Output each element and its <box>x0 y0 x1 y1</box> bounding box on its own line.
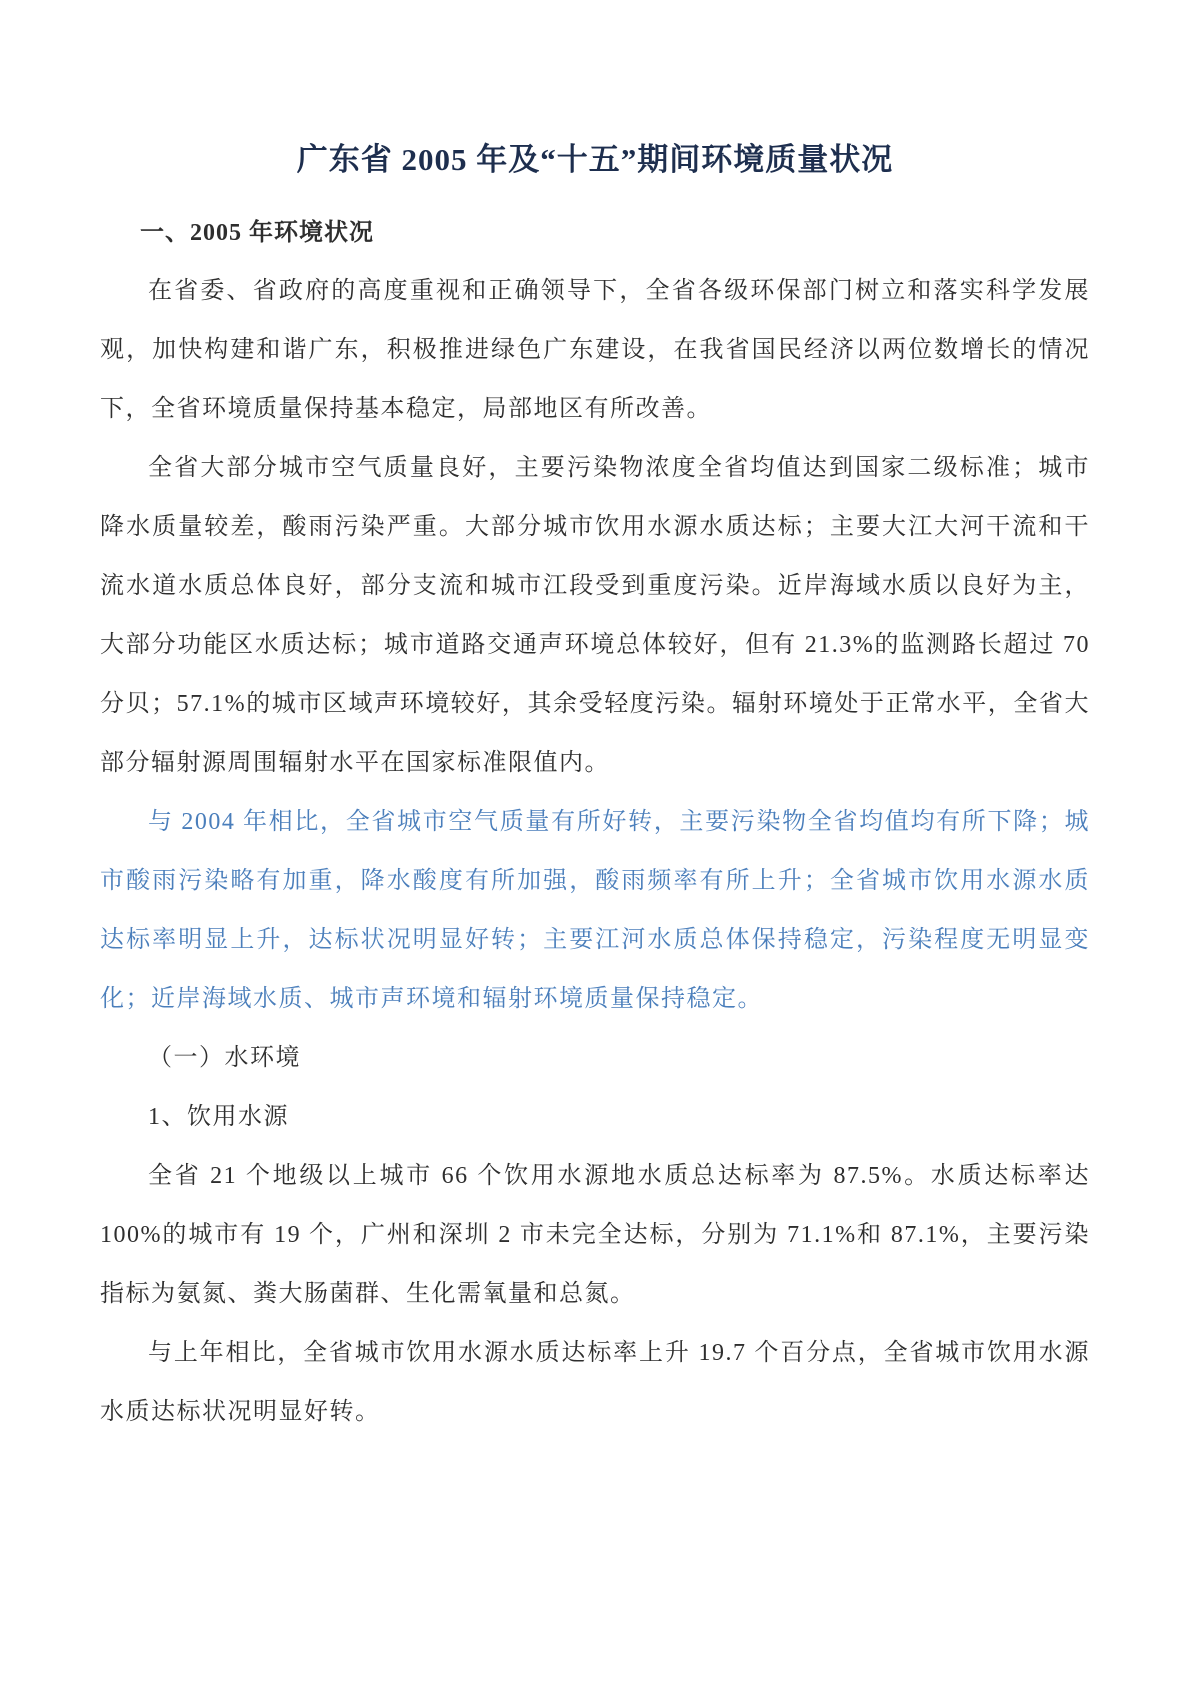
document-page: 广东省 2005 年及“十五”期间环境质量状况 一、2005 年环境状况 在省委… <box>0 0 1191 1684</box>
subsection-heading-drinking-water: 1、饮用水源 <box>100 1088 1090 1147</box>
paragraph-comparison-2004: 与 2004 年相比，全省城市空气质量有所好转，主要污染物全省均值均有所下降；城… <box>100 793 1090 1029</box>
document-title: 广东省 2005 年及“十五”期间环境质量状况 <box>100 136 1090 184</box>
subsection-heading-water-environment: （一）水环境 <box>100 1029 1090 1088</box>
paragraph-intro: 在省委、省政府的高度重视和正确领导下，全省各级环保部门树立和落实科学发展观，加快… <box>100 262 1090 439</box>
paragraph-year-comparison: 与上年相比，全省城市饮用水源水质达标率上升 19.7 个百分点，全省城市饮用水源… <box>100 1324 1090 1442</box>
paragraph-overview: 全省大部分城市空气质量良好，主要污染物浓度全省均值达到国家二级标准；城市降水质量… <box>100 439 1090 793</box>
paragraph-drinking-water-stats: 全省 21 个地级以上城市 66 个饮用水源地水质总达标率为 87.5%。水质达… <box>100 1147 1090 1324</box>
section-heading-2005-status: 一、2005 年环境状况 <box>100 204 1090 262</box>
